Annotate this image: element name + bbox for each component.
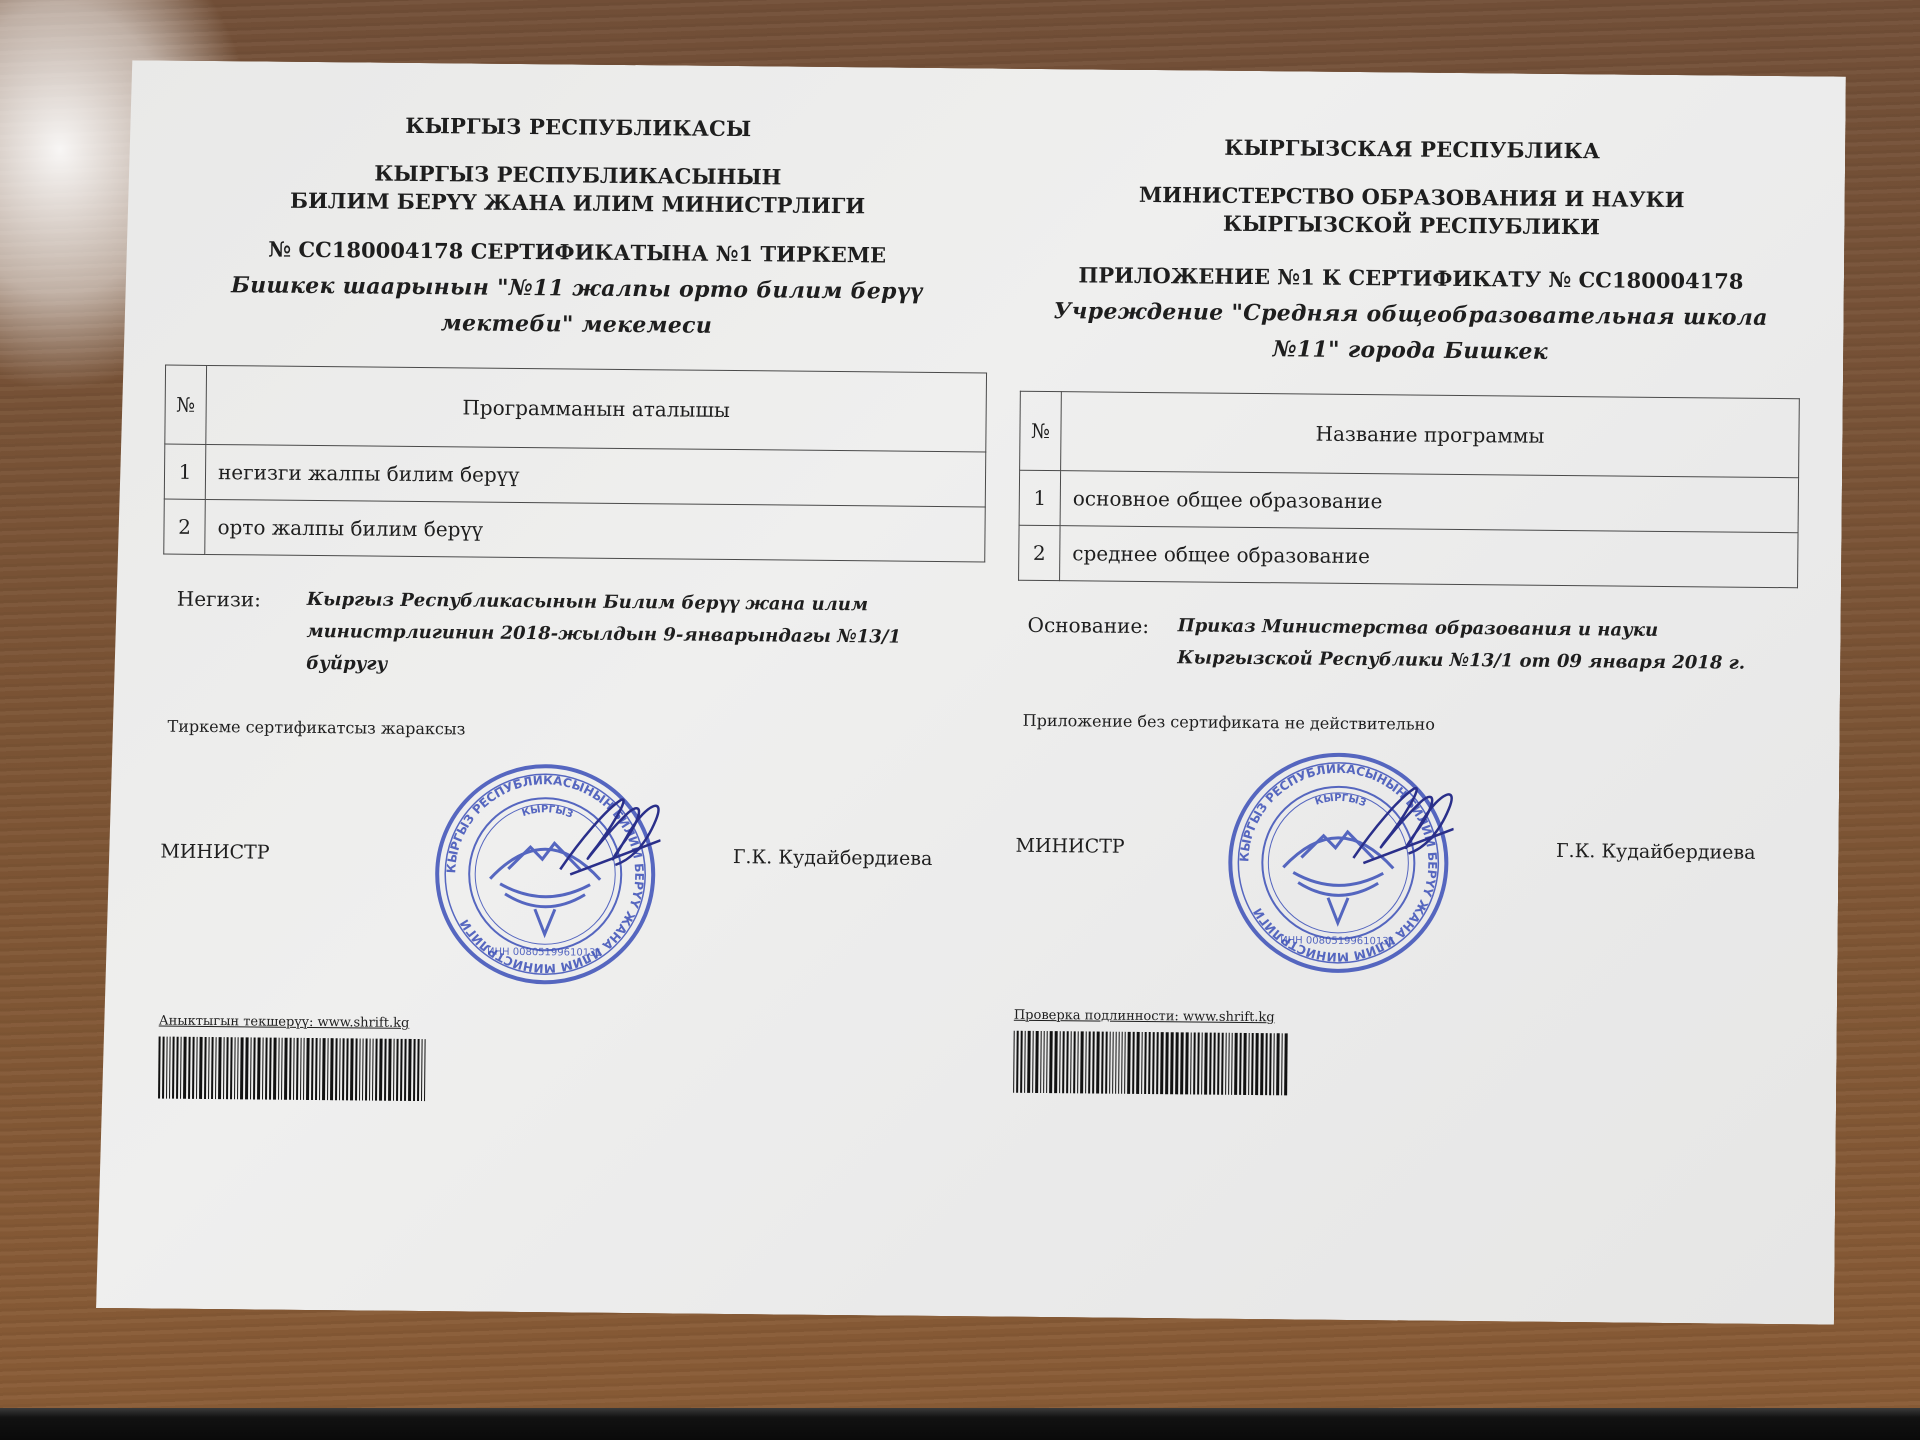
appendix-title: № CC180004178 СЕРТИФИКАТЫНА №1 ТИРКЕМЕ <box>166 236 988 269</box>
barcode-bar <box>296 1038 299 1100</box>
barcode-bar <box>1118 1032 1120 1094</box>
barcode-bar <box>319 1038 321 1100</box>
barcode-bar <box>303 1038 305 1100</box>
barcode-bar <box>1231 1033 1233 1095</box>
stamp-inn: ИНН 00805199610131 <box>487 947 602 959</box>
barcode-bar <box>379 1039 383 1101</box>
barcode-bar <box>176 1037 179 1099</box>
barcode-bar <box>1073 1031 1076 1093</box>
verification-link[interactable]: Проверка подлинности: www.shrift.kg <box>1014 1008 1794 1030</box>
barcode-bar <box>1101 1032 1104 1094</box>
signatory-role: МИНИСТР <box>1015 835 1124 858</box>
barcode-bar <box>1239 1033 1242 1095</box>
basis-block: Основание: Приказ Министерства образован… <box>1017 613 1798 680</box>
barcode-bar <box>278 1038 280 1100</box>
barcode-bar <box>269 1038 272 1100</box>
appendix-title: ПРИЛОЖЕНИЕ №1 К СЕРТИФИКАТУ № CC18000417… <box>1021 262 1801 294</box>
barcode-bar <box>253 1037 256 1099</box>
basis-label: Негизи: <box>162 587 307 680</box>
barcode-bar <box>172 1037 175 1099</box>
barcode-bar <box>335 1038 338 1100</box>
barcode-bar <box>226 1037 229 1099</box>
barcode-bar <box>1201 1033 1203 1095</box>
barcode-bar <box>1112 1032 1114 1094</box>
barcode-bar <box>408 1039 412 1101</box>
barcode-bar <box>1284 1033 1288 1095</box>
barcode-bar <box>208 1037 210 1099</box>
barcode-bar <box>273 1038 277 1100</box>
table-row: 2 орто жалпы билим берүү <box>164 499 985 562</box>
barcode-bar <box>413 1039 416 1101</box>
barcode-bar <box>311 1038 314 1100</box>
barcode-bar <box>1043 1031 1045 1093</box>
barcode-bar <box>1127 1032 1131 1094</box>
barcode-bar <box>1092 1031 1095 1093</box>
barcode-bar <box>204 1037 207 1099</box>
barcode-bar <box>1070 1031 1072 1093</box>
row-number: 2 <box>1019 525 1061 580</box>
barcode-bar <box>1046 1031 1048 1093</box>
barcode-bar <box>1165 1032 1169 1094</box>
barcode-bar <box>384 1039 387 1101</box>
table-row: 2 среднее общее образование <box>1019 525 1798 587</box>
barcode-bar <box>417 1039 420 1101</box>
barcode-bar <box>1228 1033 1230 1095</box>
barcode-bar <box>262 1038 264 1100</box>
barcode-bar <box>230 1037 233 1099</box>
barcode-bar <box>158 1037 161 1099</box>
barcode-bar <box>424 1039 426 1101</box>
signatory-name: Г.К. Кудайбердиева <box>1556 840 1756 864</box>
barcode-bar <box>1170 1032 1174 1094</box>
table-row: 1 основное общее образование <box>1019 470 1798 532</box>
barcode-bar <box>1054 1031 1058 1093</box>
barcode-bar <box>1197 1033 1200 1095</box>
barcode-bar <box>289 1038 292 1100</box>
barcode-bar <box>1136 1032 1140 1094</box>
barcode-bar <box>215 1037 217 1099</box>
barcode-bar <box>166 1037 168 1099</box>
barcode <box>1013 1031 1294 1096</box>
basis-block: Негизи: Кыргыз Республикасынын Билим бер… <box>162 587 985 687</box>
barcode-bar <box>346 1038 349 1100</box>
barcode-bar <box>1160 1032 1164 1094</box>
barcode-bar <box>339 1038 341 1100</box>
validity-note: Тиркеме сертификатсыз жараксыз <box>162 717 984 744</box>
signature-block: МИНИСТР КЫРГЫЗ РЕСПУБЛИКАСЫН <box>159 746 983 974</box>
ministry-heading: КЫРГЫЗ РЕСПУБЛИКАСЫНЫН БИЛИМ БЕРҮҮ ЖАНА … <box>167 158 989 222</box>
official-seal-icon: КЫРГЫЗ РЕСПУБЛИКАСЫНЫН БИЛИМ БЕРҮҮ ЖАНА … <box>1222 747 1454 979</box>
barcode-bar <box>355 1038 358 1100</box>
barcode-bar <box>1121 1032 1123 1094</box>
barcode-bar <box>284 1038 288 1100</box>
barcode-bar <box>1066 1031 1069 1093</box>
barcode-bar <box>1141 1032 1143 1094</box>
barcode-bar <box>315 1038 318 1100</box>
barcode-bar <box>1248 1033 1250 1095</box>
barcode-bar <box>1255 1033 1259 1095</box>
barcode-bar <box>1180 1032 1184 1094</box>
header-number: № <box>165 365 207 444</box>
barcode <box>158 1037 439 1102</box>
barcode-bar <box>1221 1033 1224 1095</box>
barcode-bar <box>1077 1031 1079 1093</box>
barcode-bar <box>218 1037 222 1099</box>
barcode-bar <box>396 1039 399 1101</box>
barcode-bar <box>169 1037 171 1099</box>
table-header-row: № Название программы <box>1020 391 1800 477</box>
kyrgyz-section: КЫРГЫЗ РЕСПУБЛИКАСЫ КЫРГЫЗ РЕСПУБЛИКАСЫН… <box>156 61 990 1317</box>
table-row: 1 негизги жалпы билим берүү <box>164 444 985 507</box>
barcode-bar <box>188 1037 191 1099</box>
barcode-bar <box>183 1037 187 1099</box>
barcode-bar <box>281 1038 283 1100</box>
institution-name: Бишкек шаарынын "№11 жалпы орто билим бе… <box>165 267 988 347</box>
barcode-bar <box>1096 1032 1100 1094</box>
barcode-bar <box>1027 1031 1031 1093</box>
barcode-bar <box>372 1039 374 1101</box>
programs-table: № Название программы 1 основное общее об… <box>1018 391 1800 588</box>
row-program-name: орто жалпы билим берүү <box>205 499 985 561</box>
barcode-bar <box>1251 1033 1254 1095</box>
basis-label: Основание: <box>1017 613 1178 675</box>
barcode-bar <box>1115 1032 1117 1094</box>
barcode-bar <box>300 1038 302 1100</box>
barcode-bar <box>1040 1031 1042 1093</box>
barcode-bar <box>1185 1032 1189 1094</box>
barcode-bar <box>245 1037 249 1099</box>
barcode-bar <box>1013 1031 1015 1093</box>
barcode-bar <box>1234 1033 1238 1095</box>
barcode-bar <box>1049 1031 1053 1093</box>
certificate-appendix-sheet: КЫРГЫЗ РЕСПУБЛИКАСЫ КЫРГЫЗ РЕСПУБЛИКАСЫН… <box>96 60 1846 1325</box>
barcode-bar <box>162 1037 165 1099</box>
row-program-name: основное общее образование <box>1060 471 1798 533</box>
country-heading: КЫРГЫЗСКАЯ РЕСПУБЛИКА <box>1022 133 1802 165</box>
barcode-bar <box>1035 1031 1039 1093</box>
institution-name: Учреждение "Средняя общеобразовательная … <box>1020 293 1801 372</box>
barcode-bar <box>1016 1031 1019 1093</box>
barcode-bar <box>223 1037 225 1099</box>
barcode-bar <box>369 1039 371 1101</box>
ministry-heading: МИНИСТЕРСТВО ОБРАЗОВАНИЯ И НАУКИ КЫРГЫЗС… <box>1021 180 1802 243</box>
basis-text: Кыргыз Республикасынын Билим берүү жана … <box>306 584 985 687</box>
barcode-bar <box>1204 1033 1208 1095</box>
signature-block: МИНИСТР КЫРГЫЗ РЕСПУБЛИКАСЫН <box>1014 740 1796 967</box>
row-program-name: негизги жалпы билим берүү <box>205 444 985 506</box>
barcode-bar <box>327 1038 329 1100</box>
barcode-bar <box>1273 1033 1275 1095</box>
barcode-bar <box>240 1037 244 1099</box>
barcode-bar <box>393 1039 395 1101</box>
barcode-bar <box>1105 1032 1108 1094</box>
row-number: 2 <box>164 499 206 554</box>
barcode-bar <box>306 1038 310 1100</box>
barcode-bar <box>1265 1033 1268 1095</box>
barcode-bar <box>365 1039 368 1101</box>
barcode-bar <box>1152 1032 1155 1094</box>
barcode-bar <box>1148 1032 1151 1094</box>
header-program-name: Программанын аталышы <box>206 365 987 451</box>
barcode-bar <box>1193 1032 1196 1094</box>
barcode-bar <box>1225 1033 1227 1095</box>
barcode-bar <box>234 1037 236 1099</box>
barcode-bar <box>330 1038 334 1100</box>
verification-link[interactable]: Аныктыгын текшерүү: www.shrift.kg <box>159 1014 981 1037</box>
barcode-bar <box>1132 1032 1135 1094</box>
barcode-bar <box>199 1037 203 1099</box>
barcode-bar <box>1109 1032 1111 1094</box>
barcode-bar <box>1062 1031 1065 1093</box>
barcode-bar <box>250 1037 252 1099</box>
programs-table: № Программанын аталышы 1 негизги жалпы б… <box>163 365 987 563</box>
validity-note: Приложение без сертификата не действител… <box>1017 711 1797 737</box>
header-number: № <box>1020 391 1062 470</box>
header-program-name: Название программы <box>1061 392 1800 478</box>
barcode-bar <box>400 1039 403 1101</box>
barcode-bar <box>1213 1033 1216 1095</box>
barcode-bar <box>1281 1033 1283 1095</box>
barcode-bar <box>1276 1033 1280 1095</box>
stamp-inn: ИНН 00805199610131 <box>1280 935 1395 947</box>
barcode-bar <box>1080 1031 1084 1093</box>
basis-text: Приказ Министерства образования и науки … <box>1177 610 1798 680</box>
table-edge <box>0 1408 1920 1440</box>
barcode-bar <box>350 1038 354 1100</box>
barcode-bar <box>257 1037 261 1099</box>
signatory-name: Г.К. Кудайбердиева <box>733 846 933 870</box>
table-header-row: № Программанын аталышы <box>165 365 987 452</box>
barcode-bar <box>1024 1031 1026 1093</box>
barcode-bar <box>293 1038 295 1100</box>
barcode-bar <box>1124 1032 1126 1094</box>
barcode-bar <box>1085 1031 1087 1093</box>
barcode-bar <box>1217 1033 1220 1095</box>
barcode-bar <box>388 1039 392 1101</box>
barcode-bar <box>1020 1031 1023 1093</box>
barcode-bar <box>211 1037 214 1099</box>
barcode-bar <box>362 1038 364 1100</box>
barcode-bar <box>1144 1032 1147 1094</box>
barcode-bar <box>1059 1031 1061 1093</box>
barcode-bar <box>1156 1032 1159 1094</box>
barcode-bar <box>237 1037 239 1099</box>
russian-section: КЫРГЫЗСКАЯ РЕСПУБЛИКА МИНИСТЕРСТВО ОБРАЗ… <box>1011 69 1803 1324</box>
signatory-role: МИНИСТР <box>160 841 269 864</box>
row-number: 1 <box>164 444 206 499</box>
barcode-bar <box>421 1039 423 1101</box>
barcode-bar <box>1209 1033 1212 1095</box>
row-number: 1 <box>1019 470 1061 525</box>
barcode-bar <box>375 1039 378 1101</box>
barcode-bar <box>1243 1033 1247 1095</box>
barcode-bar <box>196 1037 198 1099</box>
barcode-bar <box>1190 1032 1192 1094</box>
barcode-bar <box>1269 1033 1272 1095</box>
barcode-bar <box>265 1038 268 1100</box>
barcode-bar <box>1175 1032 1179 1094</box>
barcode-bar <box>1260 1033 1264 1095</box>
barcode-bar <box>342 1038 345 1100</box>
barcode-bar <box>180 1037 182 1099</box>
row-program-name: среднее общее образование <box>1060 526 1798 588</box>
barcode-bar <box>192 1037 195 1099</box>
barcode-bar <box>322 1038 326 1100</box>
barcode-bar <box>404 1039 407 1101</box>
barcode-bar <box>1032 1031 1034 1093</box>
official-seal-icon: КЫРГЫЗ РЕСПУБЛИКАСЫНЫН БИЛИМ БЕРҮҮ ЖАНА … <box>429 758 661 990</box>
country-heading: КЫРГЫЗ РЕСПУБЛИКАСЫ <box>167 111 989 144</box>
barcode-bar <box>359 1038 361 1100</box>
barcode-bar <box>1088 1031 1091 1093</box>
